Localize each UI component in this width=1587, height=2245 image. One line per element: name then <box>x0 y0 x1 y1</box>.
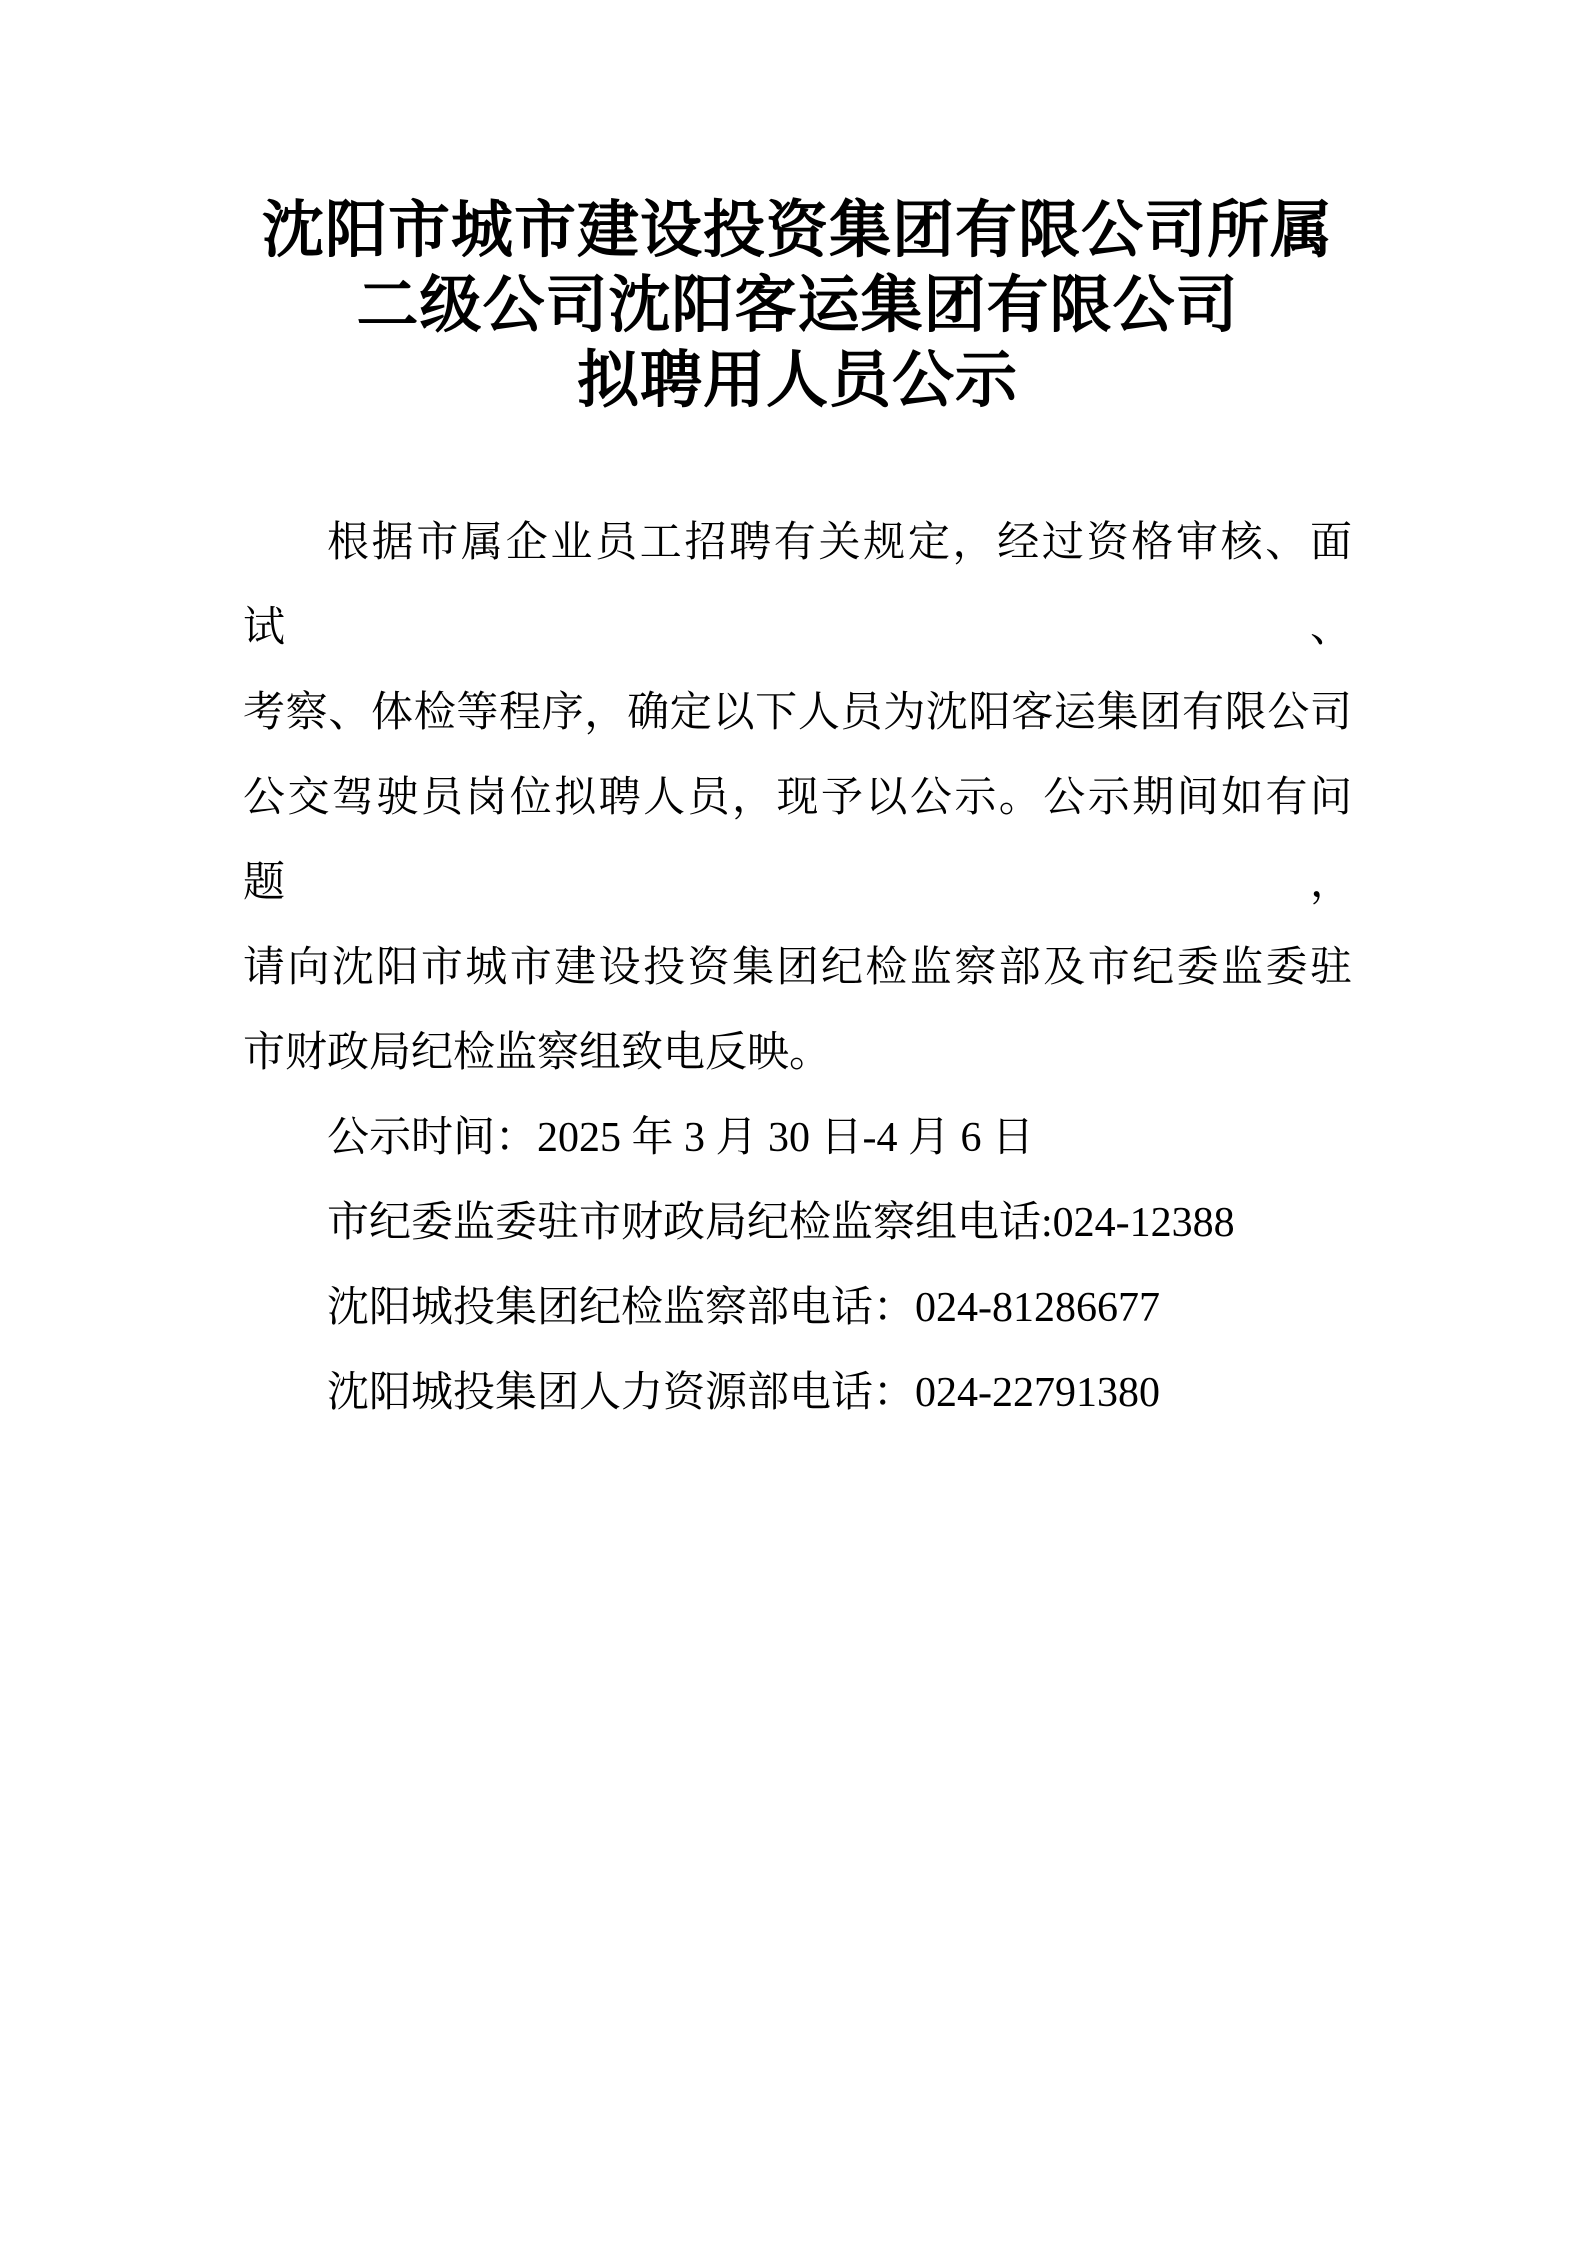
title-line-1: 沈阳市城市建设投资集团有限公司所属 <box>243 194 1352 269</box>
paragraph-line: 市财政局纪检监察组致电反映。 <box>243 1011 1352 1096</box>
title-line-3: 拟聘用人员公示 <box>243 344 1352 419</box>
paragraph-line: 请向沈阳市城市建设投资集团纪检监察部及市纪委监委驻 <box>243 926 1352 1011</box>
supervision-group-phone-line: 市纪委监委驻市财政局纪检监察组电话:024-12388 <box>243 1181 1352 1266</box>
document-body: 根据市属企业员工招聘有关规定，经过资格审核、面试、 考察、体检等程序，确定以下人… <box>243 501 1352 1436</box>
document-content: 沈阳市城市建设投资集团有限公司所属 二级公司沈阳客运集团有限公司 拟聘用人员公示… <box>0 0 1587 1436</box>
hr-department-phone-line: 沈阳城投集团人力资源部电话：024-22791380 <box>243 1351 1352 1436</box>
discipline-inspection-phone-line: 沈阳城投集团纪检监察部电话：024-81286677 <box>243 1266 1352 1351</box>
paragraph-line: 考察、体检等程序，确定以下人员为沈阳客运集团有限公司 <box>243 671 1352 756</box>
publicity-period-line: 公示时间：2025 年 3 月 30 日-4 月 6 日 <box>243 1096 1352 1181</box>
paragraph-line: 根据市属企业员工招聘有关规定，经过资格审核、面试、 <box>243 501 1352 671</box>
paragraph-line: 公交驾驶员岗位拟聘人员，现予以公示。公示期间如有问题， <box>243 756 1352 926</box>
document-title: 沈阳市城市建设投资集团有限公司所属 二级公司沈阳客运集团有限公司 拟聘用人员公示 <box>243 194 1352 419</box>
title-line-2: 二级公司沈阳客运集团有限公司 <box>243 269 1352 344</box>
document-page: 沈阳市城市建设投资集团有限公司所属 二级公司沈阳客运集团有限公司 拟聘用人员公示… <box>0 0 1587 2245</box>
